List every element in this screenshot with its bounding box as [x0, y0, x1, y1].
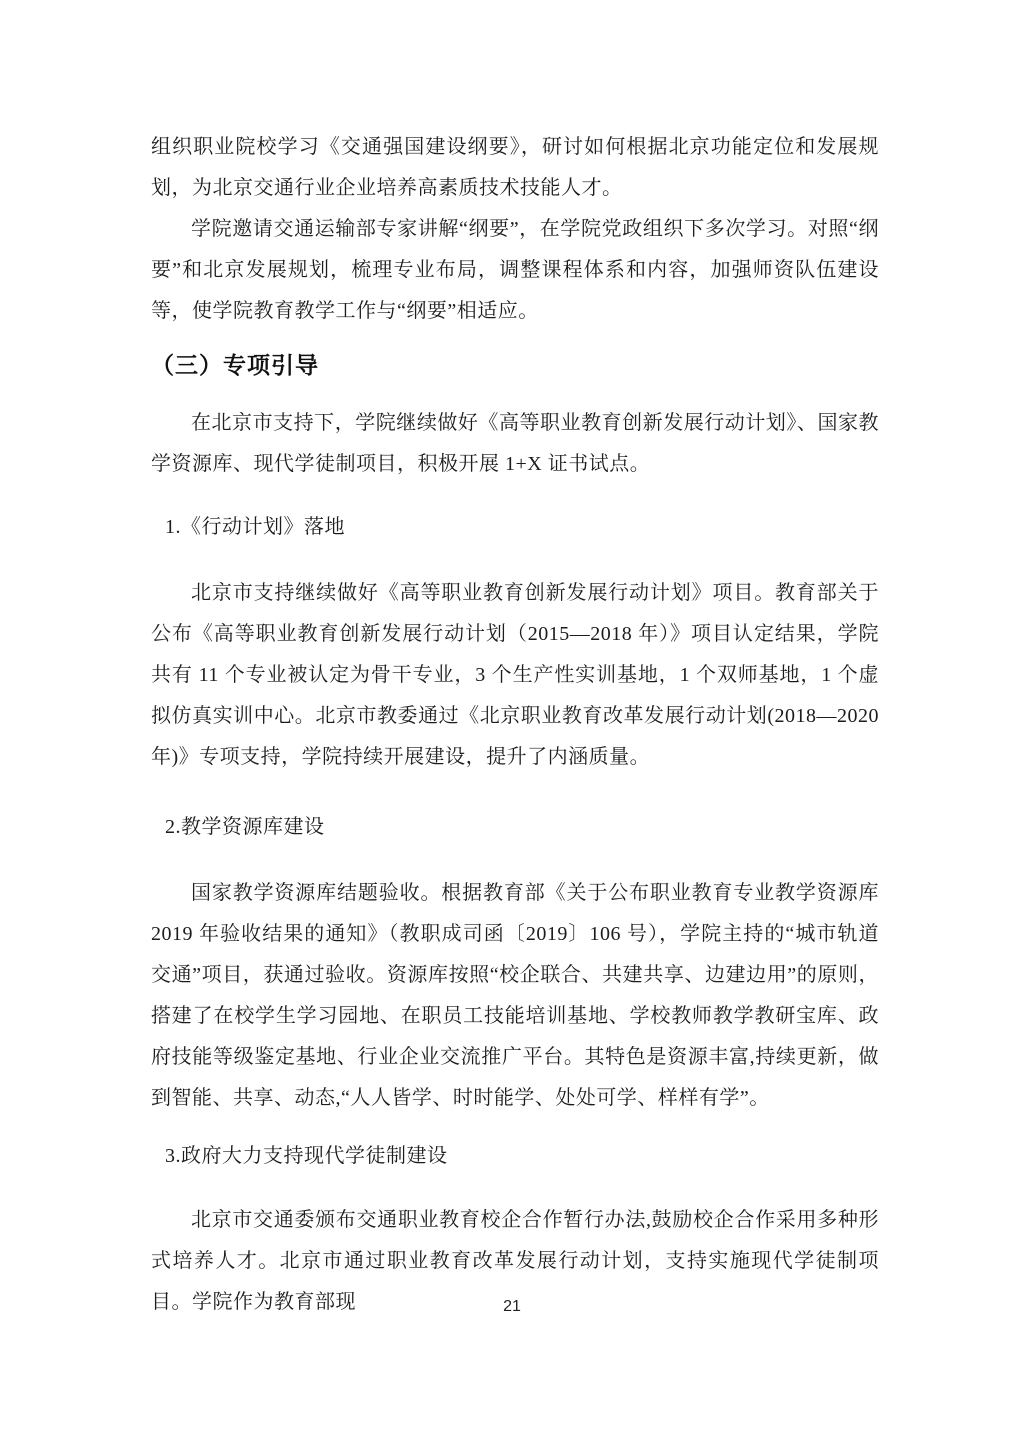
- subsection-heading-2: 2.教学资源库建设: [151, 810, 879, 844]
- document-page: 组织职业院校学习《交通强国建设纲要》，研讨如何根据北京功能定位和发展规划，为北京…: [0, 0, 1024, 1448]
- paragraph: 在北京市支持下，学院继续做好《高等职业教育创新发展行动计划》、国家教学资源库、现…: [151, 403, 879, 485]
- subsection-heading-3: 3.政府大力支持现代学徒制建设: [151, 1139, 879, 1173]
- document-body: 组织职业院校学习《交通强国建设纲要》，研讨如何根据北京功能定位和发展规划，为北京…: [151, 127, 879, 1323]
- subsection-heading-1: 1.《行动计划》落地: [151, 510, 879, 544]
- page-number: 21: [0, 1298, 1024, 1316]
- paragraph: 国家教学资源库结题验收。根据教育部《关于公布职业教育专业教学资源库 2019 年…: [151, 873, 879, 1119]
- paragraph-continuation: 组织职业院校学习《交通强国建设纲要》，研讨如何根据北京功能定位和发展规划，为北京…: [151, 127, 879, 209]
- paragraph: 学院邀请交通运输部专家讲解“纲要”，在学院党政组织下多次学习。对照“纲要”和北京…: [151, 209, 879, 332]
- section-heading: （三）专项引导: [151, 348, 879, 382]
- paragraph: 北京市支持继续做好《高等职业教育创新发展行动计划》项目。教育部关于公布《高等职业…: [151, 573, 879, 778]
